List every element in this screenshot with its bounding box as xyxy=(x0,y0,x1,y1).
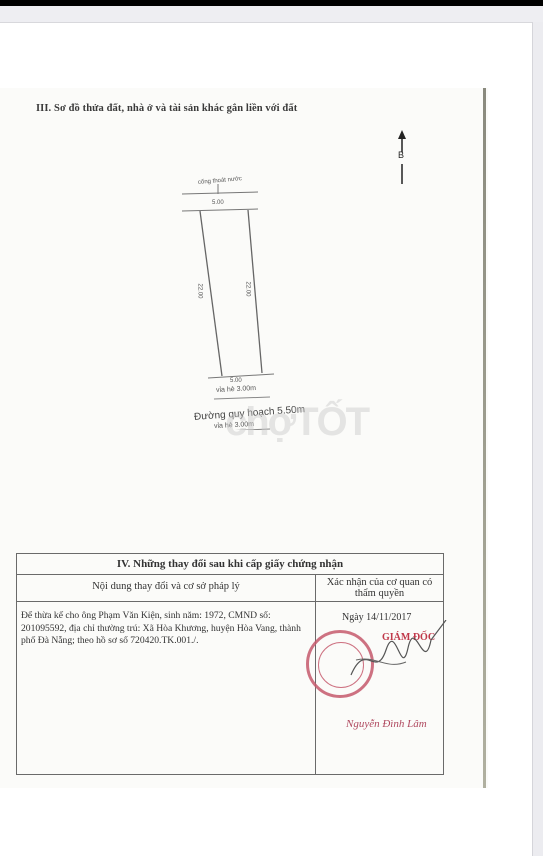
land-plot-diagram: cống thoát nước 5.00 22.00 22.00 5.00 vỉ… xyxy=(170,170,370,430)
changes-table: IV. Những thay đổi sau khi cấp giấy chứn… xyxy=(16,553,444,775)
scrollbar-track[interactable] xyxy=(532,22,543,856)
scan-edge xyxy=(483,88,486,788)
left-side-label: 22.00 xyxy=(197,283,203,298)
signer-name: Nguyễn Đình Lâm xyxy=(346,718,427,730)
north-label: B xyxy=(398,150,404,160)
top-width-label: 5.00 xyxy=(212,200,224,206)
bottom-width-label: 5.00 xyxy=(230,378,242,384)
change-entry-text: Để thừa kế cho ông Phạm Văn Kiện, sinh n… xyxy=(17,602,316,775)
section-3-title: III. Sơ đồ thửa đất, nhà ở và tài sản kh… xyxy=(36,103,297,114)
column-header-confirm: Xác nhận của cơ quan có thẩm quyền xyxy=(316,575,444,602)
section-4-title: IV. Những thay đổi sau khi cấp giấy chứn… xyxy=(17,554,444,575)
column-header-content: Nội dung thay đổi và cơ sở pháp lý xyxy=(17,575,316,602)
right-side-label: 22.00 xyxy=(245,281,251,296)
north-arrow-icon: B xyxy=(395,130,409,184)
signature-icon xyxy=(346,620,456,690)
chotot-watermark: chợTỐT xyxy=(225,400,368,445)
viewer-toolbar xyxy=(0,6,543,23)
confirmation-cell: Ngày 14/11/2017 GIÁM ĐỐC Nguyễn Đình Lâm xyxy=(316,602,444,775)
